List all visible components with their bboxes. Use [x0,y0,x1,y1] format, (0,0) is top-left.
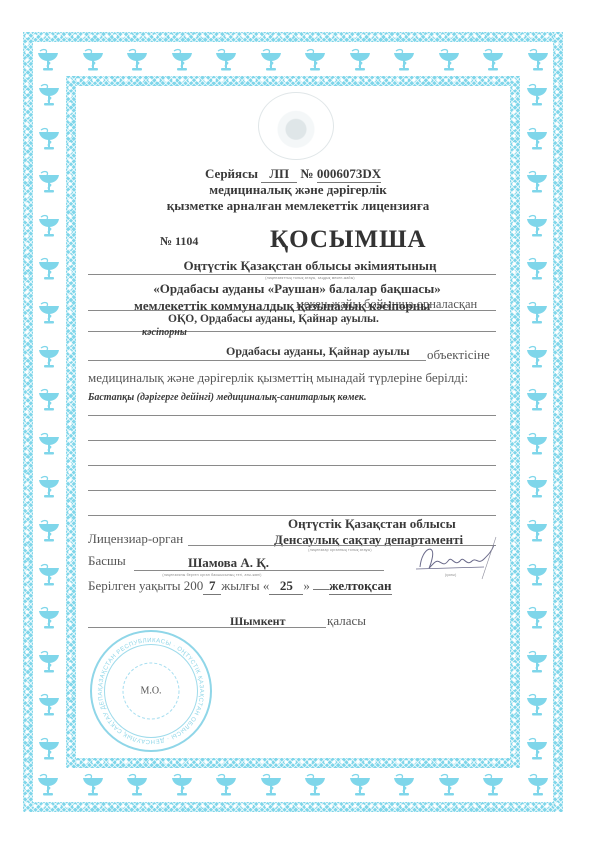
hygieia-cup-icon [392,772,416,798]
header-line-2: медициналық және дәрігерлік [209,182,387,198]
hygieia-cup-row-bottom [36,772,550,798]
enterprise-word: кәсіпорны [142,327,187,338]
header-line-3: қызметке арналған мемлекеттік лицензияға [167,198,429,214]
hygieia-cup-icon [525,605,549,631]
hygieia-cup-icon [525,300,549,326]
hygieia-cup-icon [36,772,60,798]
city-suffix: қаласы [327,613,366,629]
head-caption: (лицензияны берген орган басшысының тегі… [162,573,261,577]
issue-day: 25 [269,578,303,595]
series-label: Серйясы [205,166,258,181]
hygieia-cup-icon [481,47,505,73]
license-number: 0006073DX [317,166,381,183]
hygieia-cup-icon [125,47,149,73]
hygieia-cup-column-right [525,82,549,762]
head-line [134,570,384,571]
seal-label: М.О. [140,686,161,697]
hygieia-cup-icon [37,431,61,457]
hygieia-cup-icon [525,474,549,500]
hygieia-cup-icon [37,474,61,500]
hygieia-cup-icon [525,562,549,588]
city-value: Шымкент [230,614,285,629]
outer-border-right [553,32,563,812]
hygieia-cup-icon [170,47,194,73]
hygieia-cup-icon [437,772,461,798]
hygieia-cup-icon [525,692,549,718]
hygieia-cup-icon [81,47,105,73]
hygieia-cup-icon [37,562,61,588]
address-value: ОҚО, Ордабасы ауданы, Қайнар ауылы. [168,313,379,325]
hygieia-cup-icon [303,47,327,73]
issued-for-text: медициналық және дәрігерлік қызметтің мы… [88,370,468,386]
hygieia-cup-icon [214,772,238,798]
activity-line-2 [88,440,496,441]
inner-border-bottom [66,758,520,768]
licensee-caption: (лицензияттың толық атауы, заңдық мекен-… [265,276,355,280]
series-value: ЛП [261,166,297,183]
issue-year-digit: 7 [203,578,221,595]
hygieia-cup-icon [525,213,549,239]
activity-line-1 [88,415,496,416]
hygieia-cup-icon [37,169,61,195]
hygieia-cup-icon [348,772,372,798]
hygieia-cup-icon [37,213,61,239]
outer-border-left [23,32,33,812]
hygieia-cup-icon [37,82,61,108]
state-emblem-icon [258,92,334,160]
hygieia-cup-column-left [37,82,61,762]
hygieia-cup-icon [437,47,461,73]
head-value: Шамова А. Қ. [188,555,269,571]
licensor-value-line-1: Оңтүстік Қазақстан облысы [288,516,456,532]
hygieia-cup-icon [36,47,60,73]
hygieia-cup-icon [259,47,283,73]
hygieia-cup-icon [525,387,549,413]
hygieia-cup-icon [170,772,194,798]
hygieia-cup-icon [37,605,61,631]
hygieia-cup-icon [37,256,61,282]
activity-line-3 [88,465,496,466]
head-label: Басшы [88,553,126,569]
hygieia-cup-icon [525,126,549,152]
hygieia-cup-icon [525,169,549,195]
signature-caption: (қолы) [445,573,457,577]
appendix-title: ҚОСЫМША [270,226,427,254]
hygieia-cup-icon [259,772,283,798]
licensee-line-1 [88,274,496,275]
hygieia-cup-icon [525,256,549,282]
outer-border-bottom [23,802,563,812]
hygieia-cup-icon [37,126,61,152]
issue-month: желтоқсан [329,578,391,595]
hygieia-cup-icon [37,518,61,544]
hygieia-cup-icon [525,431,549,457]
hygieia-cup-icon [526,47,550,73]
licensee-name-line-3: мемлекеттік коммуналдық қазыналық кәсіпо… [134,298,430,314]
inner-border-top [66,76,520,86]
number-sign: № [301,166,314,181]
issue-date-row: Берілген уақыты 2007жылғы «25» желтоқсан [88,578,392,595]
activity-type-1: Бастапқы (дәрігерге дейінгі) медициналық… [88,392,366,403]
inner-border-right [510,76,520,768]
object-value: Ордабасы ауданы, Қайнар ауылы [226,344,410,359]
hygieia-cup-icon [303,772,327,798]
licensor-caption: (лицензиар органның толық атауы) [308,548,371,552]
hygieia-cup-icon [37,300,61,326]
hygieia-cup-icon [526,772,550,798]
hygieia-cup-row-top [36,47,550,73]
object-line [88,360,426,361]
outer-border-top [23,32,563,42]
licensee-name-line-2: «Ордабасы ауданы «Раушан» балалар бақшас… [153,281,441,297]
official-seal: ҚАЗАҚСТАН РЕСПУБЛИКАСЫ · ОҢТҮСТІК ҚАЗАҚС… [90,630,212,752]
hygieia-cup-icon [525,82,549,108]
licensee-name-line-1: Оңтүстік Қазақстан облысы әкімиятының [184,258,437,274]
issue-year-suffix: жылғы « [221,578,269,593]
hygieia-cup-icon [37,649,61,675]
hygieia-cup-icon [525,736,549,762]
hygieia-cup-icon [37,344,61,370]
hygieia-cup-icon [348,47,372,73]
hygieia-cup-icon [214,47,238,73]
hygieia-cup-icon [525,649,549,675]
city-line [88,627,326,628]
issue-date-label: Берілген уақыты 200 [88,578,203,593]
issue-day-close: » [303,578,310,593]
activity-line-4 [88,490,496,491]
hygieia-cup-icon [525,518,549,544]
hygieia-cup-icon [37,387,61,413]
hygieia-cup-icon [481,772,505,798]
hygieia-cup-icon [37,736,61,762]
hygieia-cup-icon [125,772,149,798]
hygieia-cup-icon [37,692,61,718]
series-line: Серйясы ЛП № 0006073DX [205,166,381,183]
hygieia-cup-icon [392,47,416,73]
licensor-label: Лицензиар-орган [88,531,183,547]
hygieia-cup-icon [525,344,549,370]
hygieia-cup-icon [81,772,105,798]
inner-border-left [66,76,76,768]
object-suffix: объектісіне [427,347,490,363]
appendix-number: № 1104 [160,234,198,249]
